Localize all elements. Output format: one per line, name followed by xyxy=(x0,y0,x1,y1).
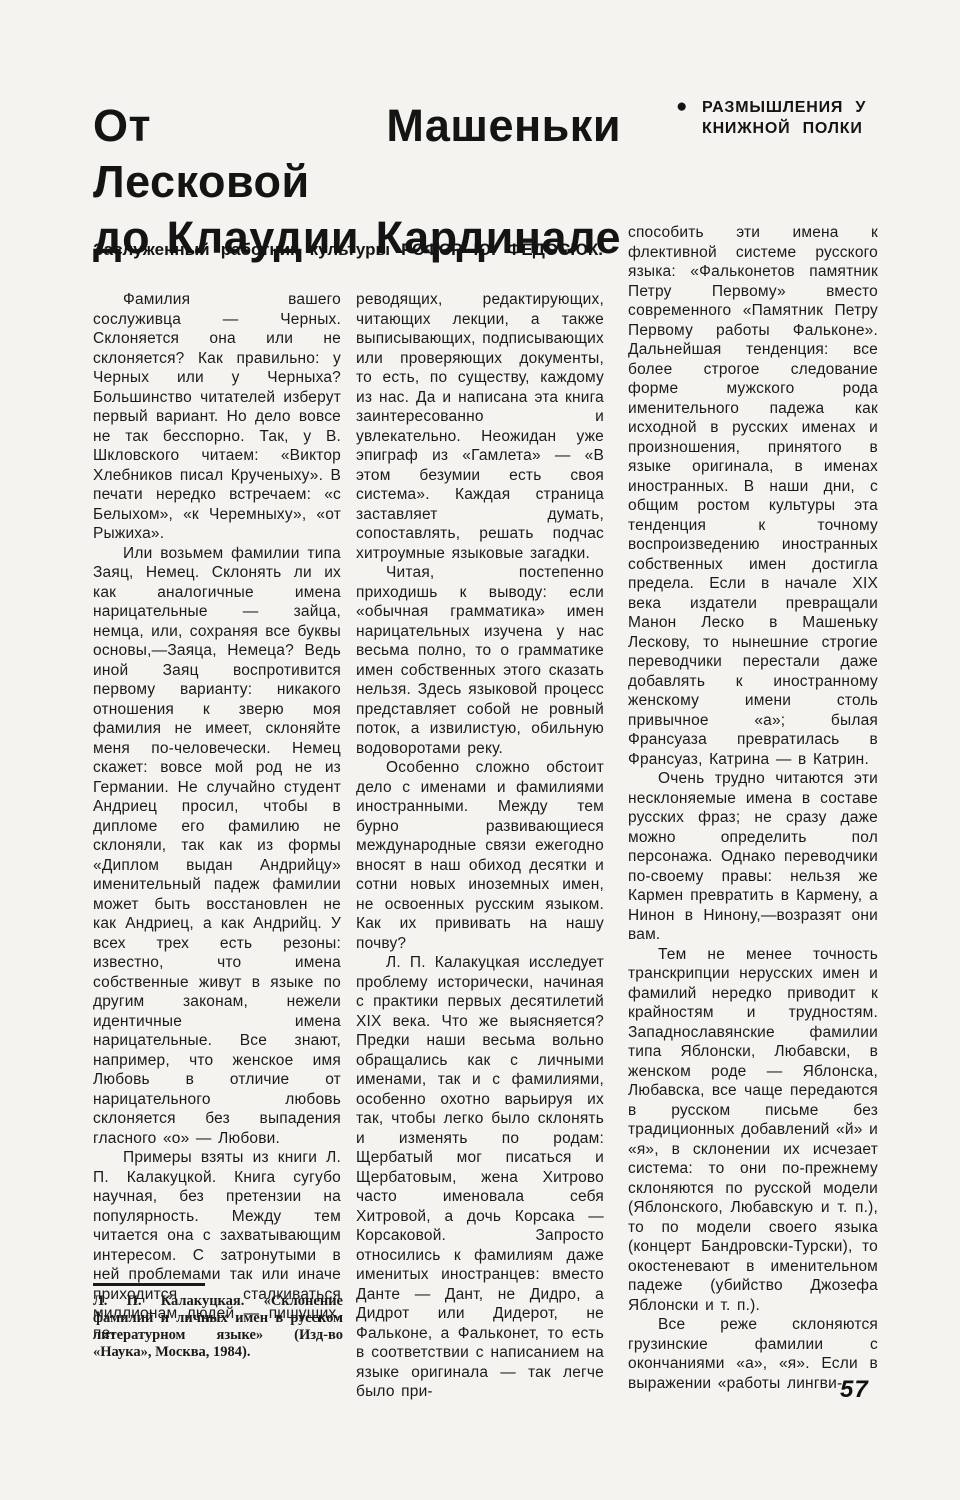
paragraph: Особенно сложно обстоит дело с именами и… xyxy=(356,758,604,953)
footnote: Л. П. Калакуцкая. «Склонение фамилий и л… xyxy=(93,1283,343,1361)
rubric-line-1: РАЗМЫШЛЕНИЯ У xyxy=(702,97,886,118)
article-title-line-1: От Машеньки Лесковой xyxy=(93,98,621,210)
paragraph: Тем не менее точность транскрипции нерус… xyxy=(628,945,878,1316)
paragraph: способить эти имена к флективной системе… xyxy=(628,223,878,769)
page-number: 57 xyxy=(840,1376,869,1404)
paragraph: Читая, постепенно приходишь к выводу: ес… xyxy=(356,563,604,758)
paragraph: Или возьмем фамилии типа Заяц, Немец. Ск… xyxy=(93,544,341,1149)
footnote-rule xyxy=(93,1283,205,1286)
bullet-icon: ● xyxy=(676,96,687,117)
magazine-page: От Машеньки Лесковой до Клаудии Кардинал… xyxy=(0,0,960,1500)
text-column-3: способить эти имена к флективной системе… xyxy=(628,223,878,1393)
text-column-2: реводящих, редактирующих, читающих лекци… xyxy=(356,290,604,1402)
section-rubric: ● РАЗМЫШЛЕНИЯ У КНИЖНОЙ ПОЛКИ xyxy=(676,97,886,139)
paragraph: Фамилия вашего сослуживца — Черных. Скло… xyxy=(93,290,341,544)
footnote-text: Л. П. Калакуцкая. «Склонение фамилий и л… xyxy=(93,1293,343,1361)
paragraph: Л. П. Калакуцкая исследует проблему исто… xyxy=(356,953,604,1402)
rubric-line-2: КНИЖНОЙ ПОЛКИ xyxy=(702,118,886,139)
text-column-1: Фамилия вашего сослуживца — Черных. Скло… xyxy=(93,290,341,1343)
author-byline: Заслуженный работник культуры РСФСР Ю. Ф… xyxy=(93,240,603,260)
paragraph: реводящих, редактирующих, читающих лекци… xyxy=(356,290,604,563)
paragraph: Очень трудно читаются эти несклоняемые и… xyxy=(628,769,878,945)
